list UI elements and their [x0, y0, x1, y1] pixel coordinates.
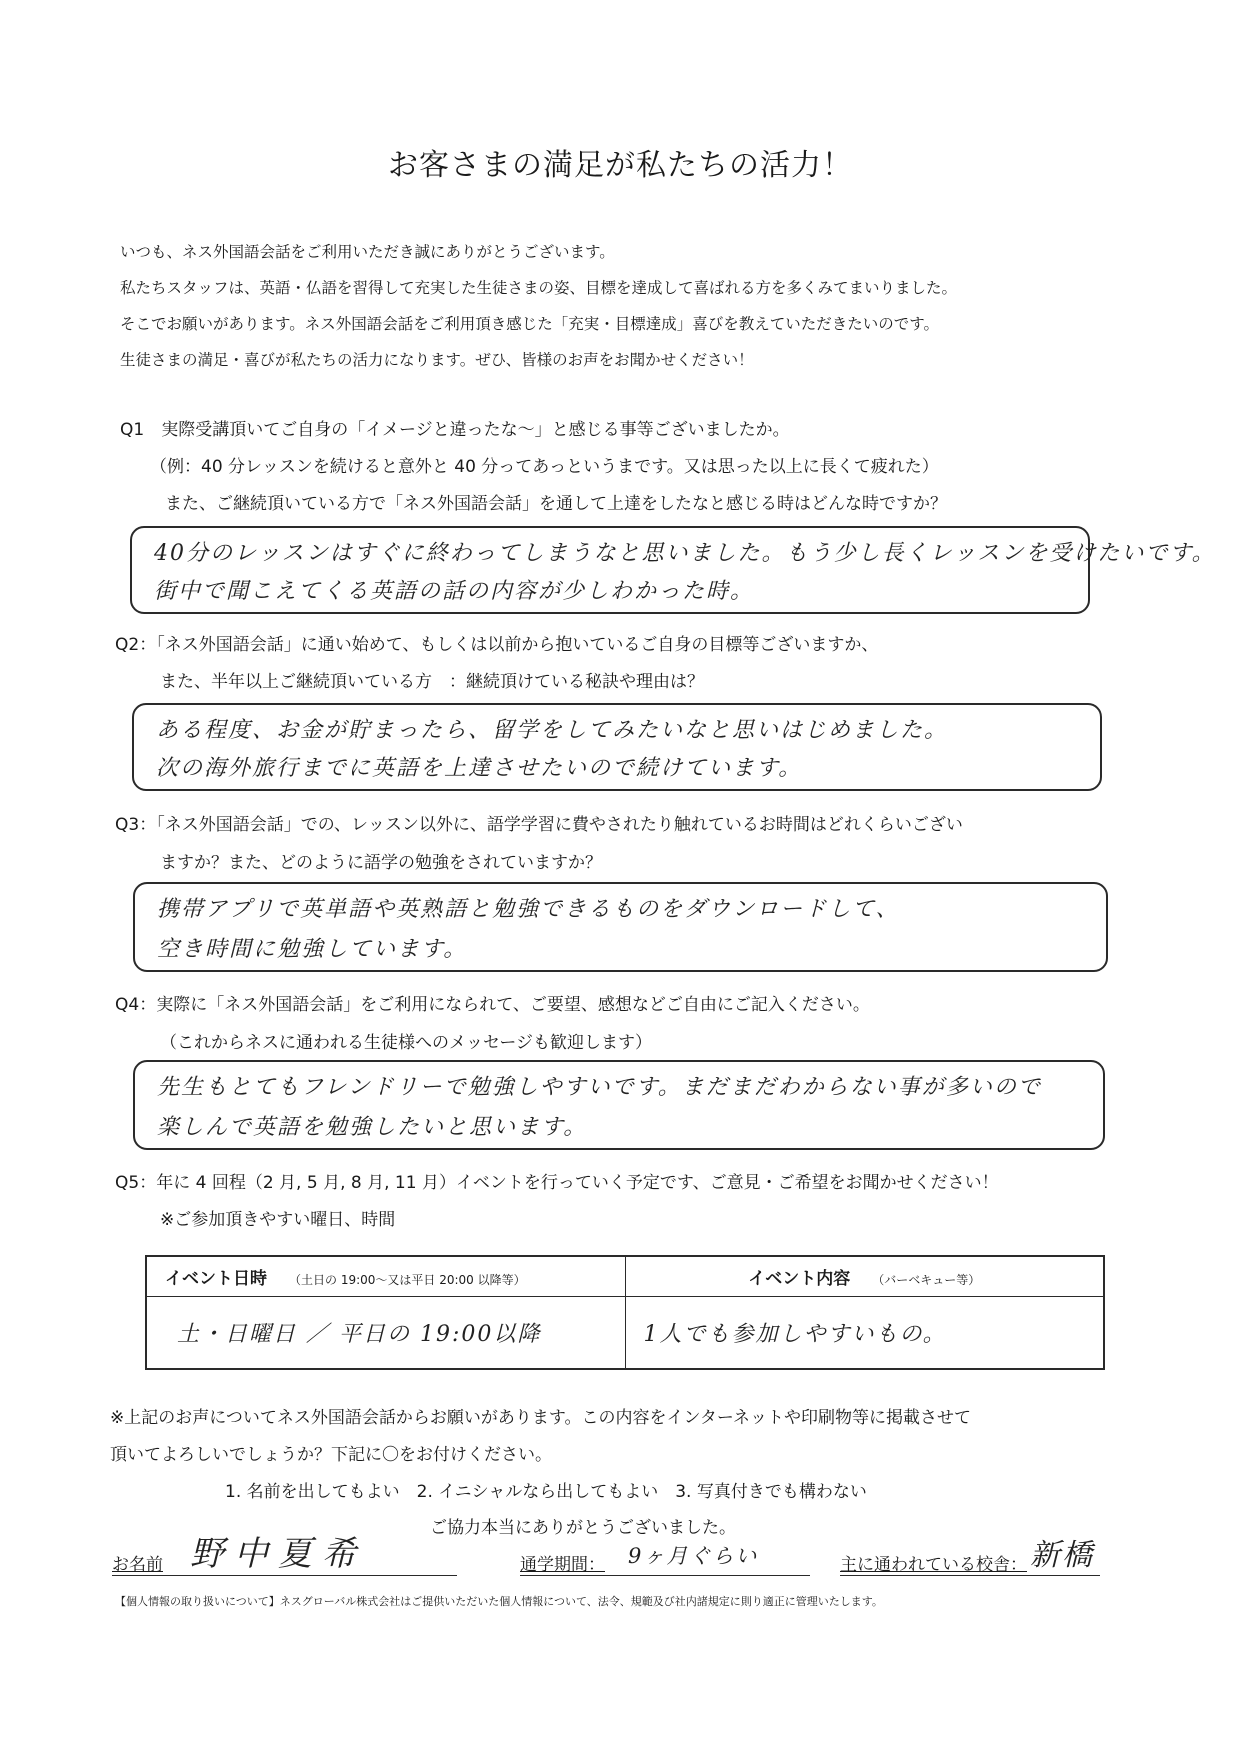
q2-answer-box[interactable]: ある程度、お金が貯まったら、留学をしてみたいなと思いはじめました。 次の海外旅行… [132, 703, 1102, 791]
name-value[interactable]: 野中夏希 [190, 1526, 366, 1575]
consent-options[interactable]: 1. 名前を出してもよい 2. イニシャルなら出してもよい 3. 写真付きでも構… [225, 1477, 867, 1502]
intro-line: そこでお願いがあります。ネス外国語会話をご利用頂き感じた「充実・目標達成」喜びを… [120, 312, 939, 334]
q4-answer-line: 楽しんで英語を勉強したいと思います。 [157, 1110, 587, 1141]
event-table: イベント日時（土日の 19:00～又は平日 20:00 以降等） イベント内容（… [145, 1255, 1105, 1370]
q4-followup: （これからネスに通われる生徒様へのメッセージも歓迎します） [160, 1028, 652, 1053]
consent-instruction: 頂いてよろしいでしょうか？下記に〇をお付けください。 [110, 1440, 552, 1465]
q2-prompt: Q2：「ネス外国語会話」に通い始めて、もしくは以前から抱いているご自身の目標等ご… [115, 630, 878, 655]
q1-example: （例：40 分レッスンを続けると意外と 40 分ってあっというまです。又は思った… [150, 452, 939, 477]
q2-answer-line: 次の海外旅行までに英語を上達させたいので続けています。 [156, 751, 802, 782]
q2-followup: また、半年以上ご継続頂いている方 ：継続頂けている秘訣や理由は？ [160, 667, 704, 692]
consent-request: ※上記のお声についてネス外国語会話からお願いがあります。この内容をインターネット… [110, 1403, 971, 1428]
q1-answer-line: 40分のレッスンはすぐに終わってしまうなと思いました。もう少し長くレッスンを受け… [154, 536, 1216, 567]
q3-prompt: Q3：「ネス外国語会話」での、レッスン以外に、語学学習に費やされたり触れているお… [115, 810, 963, 835]
q3-followup: ますか？また、どのように語学の勉強をされていますか？ [160, 848, 602, 873]
event-datetime-answer[interactable]: 土・日曜日 ／ 平日の 19:00以降 [146, 1296, 625, 1369]
q1-followup: また、ご継続頂いている方で「ネス外国語会話」を通して上達をしたなと感じる時はどん… [165, 489, 947, 514]
intro-line: 私たちスタッフは、英語・仏語を習得して充実した生徒さまの姿、目標を達成して喜ばれ… [120, 276, 957, 298]
q1-answer-line: 街中で聞こえてくる英語の話の内容が少しわかった時。 [154, 574, 754, 605]
intro-line: 生徒さまの満足・喜びが私たちの活力になります。ぜひ、皆様のお声をお聞かせください… [120, 348, 754, 370]
q3-answer-line: 空き時間に勉強しています。 [157, 932, 467, 963]
q5-prompt: Q5：年に 4 回程（2 月, 5 月, 8 月, 11 月）イベントを行ってい… [115, 1168, 999, 1193]
q4-prompt: Q4：実際に「ネス外国語会話」をご利用になられて、ご要望、感想などご自由にご記入… [115, 990, 870, 1015]
event-datetime-header: イベント日時（土日の 19:00～又は平日 20:00 以降等） [146, 1256, 625, 1296]
q3-answer-box[interactable]: 携帯アプリで英単語や英熟語と勉強できるものをダウンロードして、 空き時間に勉強し… [133, 882, 1108, 972]
school-value[interactable]: 新橋 [1030, 1530, 1094, 1574]
event-content-answer[interactable]: 1人でも参加しやすいもの。 [625, 1296, 1104, 1369]
period-label: 通学期間： [520, 1550, 605, 1575]
period-underline [520, 1575, 810, 1576]
q5-note: ※ご参加頂きやすい曜日、時間 [160, 1205, 395, 1230]
thanks-text: ご協力本当にありがとうございました。 [430, 1513, 736, 1538]
event-content-header: イベント内容（バーベキュー等） [625, 1256, 1104, 1296]
q1-answer-box[interactable]: 40分のレッスンはすぐに終わってしまうなと思いました。もう少し長くレッスンを受け… [130, 526, 1090, 614]
period-value[interactable]: 9ヶ月ぐらい [628, 1540, 758, 1570]
q4-answer-box[interactable]: 先生もとてもフレンドリーで勉強しやすいです。まだまだわからない事が多いので 楽し… [133, 1060, 1105, 1150]
page-title: お客さまの満足が私たちの活力！ [0, 140, 1241, 184]
school-underline [840, 1575, 1100, 1576]
school-label: 主に通われている校舎： [840, 1550, 1027, 1575]
privacy-notice: 【個人情報の取り扱いについて】ネスグローバル株式会社はご提供いただいた個人情報に… [115, 1593, 883, 1609]
name-label: お名前 [112, 1550, 163, 1575]
q2-answer-line: ある程度、お金が貯まったら、留学をしてみたいなと思いはじめました。 [156, 713, 948, 744]
q3-answer-line: 携帯アプリで英単語や英熟語と勉強できるものをダウンロードして、 [157, 892, 900, 923]
q4-answer-line: 先生もとてもフレンドリーで勉強しやすいです。まだまだわからない事が多いので [157, 1070, 1042, 1101]
name-underline [112, 1575, 457, 1576]
q1-prompt: Q1 実際受講頂いてご自身の「イメージと違ったな～」と感じる事等ございましたか。 [120, 415, 790, 440]
intro-line: いつも、ネス外国語会話をご利用いただき誠にありがとうございます。 [120, 240, 615, 262]
